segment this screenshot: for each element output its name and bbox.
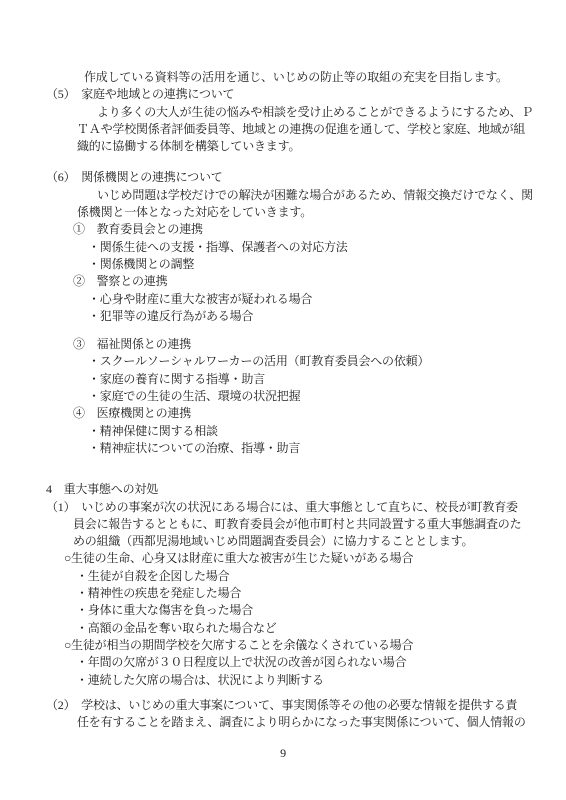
doc-line-bullet: ・精神保健に関する相談	[0, 423, 566, 440]
doc-line-circle-item: ○生徒の生命、心身又は財産に重大な被害が生じた疑いがある場合	[0, 550, 566, 567]
doc-line-bullet: ・身体に重大な傷害を負った場合	[0, 602, 566, 619]
doc-line-bullet: ・スクールソーシャルワーカーの活用（町教育委員会への依頼）	[0, 353, 566, 370]
blank-line	[0, 325, 566, 336]
doc-line-circled-2: ② 警察との連携	[0, 273, 566, 290]
doc-line-bullet: ・家庭の養育に関する指導・助言	[0, 371, 566, 388]
doc-line-bullet: ・高額の金品を奪い取られた場合など	[0, 620, 566, 637]
doc-line-bullet: ・生徒が自殺を企図した場合	[0, 568, 566, 585]
doc-line-bullet: ・精神性の疾患を発症した場合	[0, 585, 566, 602]
document-body: 作成している資料等の活用を通じ、いじめの防止等の取組の充実を目指します。 （5）…	[0, 0, 566, 731]
doc-line-bullet: ・年間の欠席が３０日程度以上で状況の改善が図られない場合	[0, 654, 566, 671]
doc-line-circled-4: ④ 医療機関との連携	[0, 405, 566, 422]
doc-line-bullet: ・心身や財産に重大な被害が疑われる場合	[0, 291, 566, 308]
doc-line: 員会に報告するとともに、町教育委員会が他市町村と共同設置する重大事態調査のた	[0, 516, 566, 533]
doc-line-item-1: （1） いじめの事案が次の状況にある場合には、重大事態として直ちに、校長が町教育…	[0, 499, 566, 516]
doc-line-circle-item: ○生徒が相当の期間学校を欠席することを余儀なくされている場合	[0, 637, 566, 654]
doc-line-bullet: ・連続した欠席の場合は、状況により判断する	[0, 672, 566, 689]
document-page: 作成している資料等の活用を通じ、いじめの防止等の取組の充実を目指します。 （5）…	[0, 0, 566, 800]
blank-line	[0, 457, 566, 481]
doc-line-item-2: （2） 学校は、いじめの重大事案について、事実関係等その他の必要な情報を提供する…	[0, 697, 566, 714]
doc-line: めの組織（西都児湯地域いじめ問題調査委員会）に協力することとします。	[0, 533, 566, 550]
doc-line: 係機関と一体となった対応をしていきます。	[0, 204, 566, 221]
blank-line	[0, 155, 566, 169]
doc-line-bullet: ・関係生徒への支援・指導、保護者への対応方法	[0, 239, 566, 256]
section-heading-4: 4 重大事態への対処	[0, 481, 566, 498]
doc-line: より多くの大人が生徒の悩みや相談を受け止めることができるようにするため、Ｐ	[0, 104, 566, 121]
doc-line-bullet: ・精神症状についての治療、指導・助言	[0, 440, 566, 457]
doc-line-circled-1: ① 教育委員会との連携	[0, 221, 566, 238]
doc-line: いじめ問題は学校だけでの解決が困難な場合があるため、情報交換だけでなく、関	[0, 187, 566, 204]
doc-line: 織的に協働する体制を構築していきます。	[0, 138, 566, 155]
doc-line-item-6: （6） 関係機関との連携について	[0, 169, 566, 186]
blank-line	[0, 689, 566, 697]
doc-line-bullet: ・犯罪等の違反行為がある場合	[0, 308, 566, 325]
doc-line-circled-3: ③ 福祉関係との連携	[0, 336, 566, 353]
doc-line-bullet: ・関係機関との調整	[0, 256, 566, 273]
doc-line-item-5: （5） 家庭や地域との連携について	[0, 86, 566, 103]
doc-line: ＴＡや学校関係者評価委員等、地域との連携の促進を通して、学校と家庭、地域が組	[0, 121, 566, 138]
doc-line: 任を有することを踏まえ、調査により明らかになった事実関係について、個人情報の	[0, 714, 566, 731]
page-number: 9	[0, 745, 566, 761]
doc-line-bullet: ・家庭での生徒の生活、環境の状況把握	[0, 388, 566, 405]
doc-line: 作成している資料等の活用を通じ、いじめの防止等の取組の充実を目指します。	[0, 69, 566, 86]
